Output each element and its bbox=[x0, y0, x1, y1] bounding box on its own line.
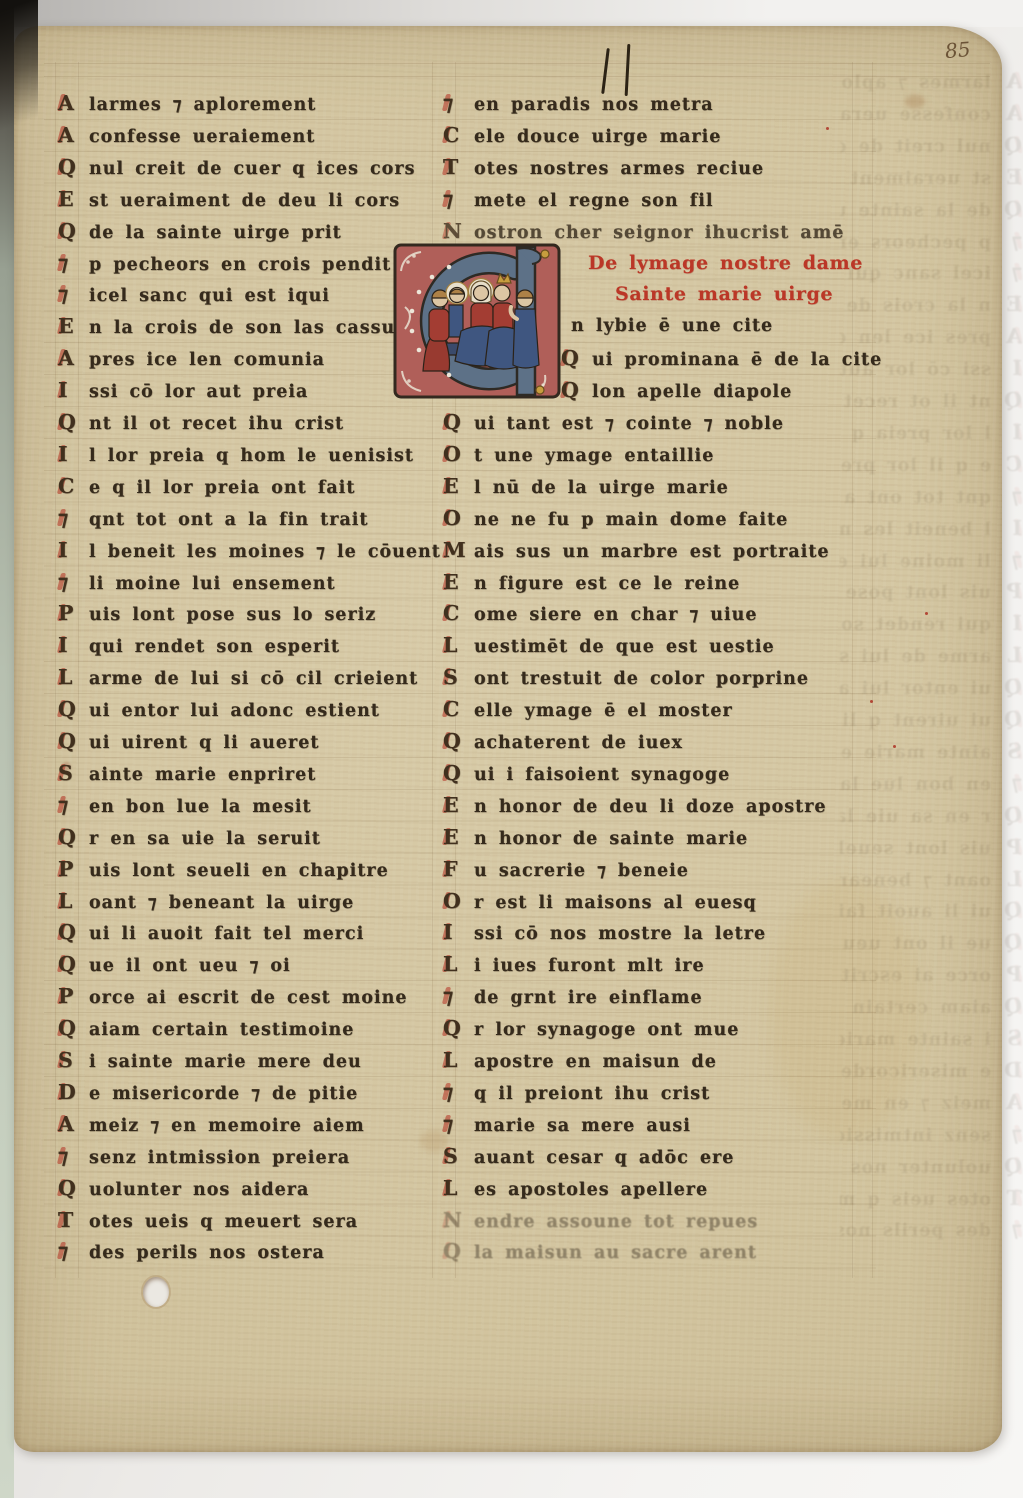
line-text: ont trestuit de color porprine bbox=[474, 669, 809, 689]
manuscript-line: ⁊q il preiont ihu crist bbox=[443, 1077, 710, 1109]
line-initial: Q bbox=[58, 949, 82, 980]
line-text: l beneit les moines ⁊ le cōuent bbox=[840, 520, 991, 540]
line-text: n honor de deu li doze apostre bbox=[474, 797, 827, 817]
manuscript-line: Alarmes ⁊ aplorement bbox=[840, 66, 1022, 98]
manuscript-line: ⁊de grnt ire einflame bbox=[443, 981, 703, 1013]
line-initial: S bbox=[998, 736, 1022, 767]
manuscript-line: ⁊en bon lue la mesit bbox=[840, 768, 1022, 800]
manuscript-line: Fu sacrerie ⁊ beneie bbox=[443, 854, 689, 886]
line-initial: E bbox=[443, 471, 467, 502]
manuscript-line: En la crois de son las cassut bbox=[58, 311, 404, 343]
line-initial: Q bbox=[998, 194, 1022, 225]
line-initial: F bbox=[443, 854, 467, 885]
manuscript-line: Si sainte marie mere deu bbox=[840, 1023, 1022, 1055]
line-text: en bon lue la mesit bbox=[840, 775, 991, 795]
line-initial: A bbox=[58, 1109, 82, 1140]
line-text: arme de lui si cō cil crieient bbox=[840, 647, 991, 667]
line-text: es apostoles apellere bbox=[474, 1180, 708, 1200]
line-text: qui rendet son esperit bbox=[89, 637, 340, 657]
manuscript-line: ⁊des perils nos ostera bbox=[58, 1236, 325, 1268]
manuscript-line: Les apostoles apellere bbox=[443, 1173, 708, 1205]
manuscript-line: Ce q il lor preia ont fait bbox=[840, 449, 1022, 481]
verso-show-through: Alarmes ⁊ aplorementAconfesse ueraiement… bbox=[840, 66, 1022, 1278]
manuscript-line: n lybie ē une cite bbox=[571, 311, 773, 343]
manuscript-line: ⁊li moine lui ensement bbox=[840, 545, 1022, 577]
line-initial: Q bbox=[998, 130, 1022, 161]
manuscript-line: Issi cō nos mostre la letre bbox=[443, 917, 766, 949]
line-text: endre assoune tot repues bbox=[474, 1212, 758, 1232]
line-initial: Q bbox=[443, 726, 467, 757]
line-text: u sacrerie ⁊ beneie bbox=[474, 861, 689, 881]
line-text: qui rendet son esperit bbox=[840, 615, 991, 635]
line-text: ssi cō nos mostre la letre bbox=[474, 924, 766, 944]
line-initial: ⁊ bbox=[998, 257, 1022, 288]
line-text: ais sus un marbre est portraite bbox=[474, 542, 830, 562]
manuscript-line: Ameiz ⁊ en memoire aiem bbox=[840, 1087, 1022, 1119]
line-text: arme de lui si cō cil crieient bbox=[89, 669, 418, 689]
manuscript-line: Il lor preia q hom le uenisist bbox=[840, 417, 1022, 449]
line-text: li moine lui ensement bbox=[840, 552, 991, 572]
line-text: des perils nos ostera bbox=[89, 1243, 325, 1263]
manuscript-line: Qnul creit de cuer q ices cors bbox=[58, 152, 415, 184]
line-initial: Q bbox=[998, 895, 1022, 926]
line-text: ui uirent q li aueret bbox=[840, 711, 991, 731]
line-text: aiam certain testimoine bbox=[89, 1020, 354, 1040]
manuscript-line: Qnt il ot recet ihu crist bbox=[58, 407, 344, 439]
line-initial: Q bbox=[998, 800, 1022, 831]
manuscript-line: ⁊senz intmission preiera bbox=[58, 1141, 350, 1173]
line-initial: ⁊ bbox=[58, 1236, 82, 1267]
rubric-line: Sainte marie uirge bbox=[615, 279, 833, 311]
manuscript-line: De misericorde ⁊ de pitie bbox=[840, 1055, 1022, 1087]
line-text: en paradis nos metra bbox=[474, 95, 714, 115]
manuscript-line: Qaiam certain testimoine bbox=[840, 991, 1022, 1023]
manuscript-line: Aconfesse ueraiement bbox=[58, 120, 315, 152]
line-text: e q il lor preia ont fait bbox=[89, 478, 355, 498]
manuscript-line: ⁊icel sanc qui est iqui bbox=[840, 257, 1022, 289]
historiated-initial bbox=[393, 243, 561, 399]
line-initial: A bbox=[58, 88, 82, 119]
manuscript-line: Qui uirent q li aueret bbox=[840, 704, 1022, 736]
line-text: nul creit de cuer q ices cors bbox=[89, 159, 415, 179]
line-text: meiz ⁊ en memoire aiem bbox=[840, 1094, 991, 1114]
line-text: r lor synagoge ont mue bbox=[474, 1020, 739, 1040]
line-initial: ⁊ bbox=[998, 545, 1022, 576]
line-initial: ⁊ bbox=[443, 1109, 467, 1140]
manuscript-line: Sauant cesar q adōc ere bbox=[443, 1141, 734, 1173]
line-initial: ⁊ bbox=[58, 1141, 82, 1172]
ruling-vertical bbox=[55, 62, 56, 1278]
line-text: oant ⁊ beneant la uirge bbox=[89, 893, 354, 913]
manuscript-line: Qui entor lui adonc estient bbox=[58, 694, 380, 726]
manuscript-line: Iqui rendet son esperit bbox=[58, 630, 340, 662]
line-text: i iues furont mlt ire bbox=[474, 956, 705, 976]
line-text: De lymage nostre dame bbox=[588, 252, 863, 274]
line-text: qnt tot ont a la fin trait bbox=[840, 488, 991, 508]
manuscript-line: En honor de sainte marie bbox=[443, 822, 748, 854]
manuscript-line: One ne fu p main dome faite bbox=[443, 503, 788, 535]
line-initial: Q bbox=[443, 758, 467, 789]
line-text: r est li maisons al euesq bbox=[474, 893, 757, 913]
line-initial: ⁊ bbox=[58, 567, 82, 598]
manuscript-line: ⁊marie sa mere ausi bbox=[443, 1109, 691, 1141]
manuscript-line: El nū de la uirge marie bbox=[443, 471, 729, 503]
manuscript-line: Totes ueis q meuert sera bbox=[840, 1183, 1022, 1215]
manuscript-line: Qla maisun au sacre arent bbox=[443, 1236, 757, 1268]
line-initial: O bbox=[443, 439, 467, 470]
line-initial: Q bbox=[561, 343, 585, 374]
manuscript-line: Larme de lui si cō cil crieient bbox=[840, 640, 1022, 672]
line-text: ele douce uirge marie bbox=[474, 127, 721, 147]
line-initial: ⁊ bbox=[998, 1119, 1022, 1150]
line-initial: Q bbox=[443, 1236, 467, 1267]
line-text: ainte marie enpriret bbox=[89, 765, 316, 785]
line-text: pres ice len comunia bbox=[89, 350, 325, 370]
manuscript-line: Qr en sa uie la seruit bbox=[58, 822, 321, 854]
line-initial: T bbox=[58, 1205, 82, 1236]
line-initial: A bbox=[998, 98, 1022, 129]
manuscript-line: De misericorde ⁊ de pitie bbox=[58, 1077, 358, 1109]
book-spine-edge bbox=[0, 0, 14, 1498]
line-initial: I bbox=[998, 608, 1022, 639]
line-text: larmes ⁊ aplorement bbox=[89, 95, 316, 115]
line-text: orce ai escrit de cest moine bbox=[89, 988, 408, 1008]
line-text: uis lont seueli en chapitre bbox=[89, 861, 389, 881]
manuscript-line: ⁊li moine lui ensement bbox=[58, 567, 336, 599]
line-text: marie sa mere ausi bbox=[474, 1116, 691, 1136]
manuscript-line: Qaiam certain testimoine bbox=[58, 1013, 354, 1045]
line-initial: Q bbox=[58, 694, 82, 725]
text-column-left: Alarmes ⁊ aplorementAconfesse ueraiement… bbox=[58, 88, 450, 1278]
line-text: n honor de sainte marie bbox=[474, 829, 748, 849]
line-initial: S bbox=[58, 1045, 82, 1076]
manuscript-line: Iqui rendet son esperit bbox=[840, 608, 1022, 640]
manuscript-line: Sainte marie enpriret bbox=[58, 758, 316, 790]
line-initial: I bbox=[58, 439, 82, 470]
line-initial: E bbox=[443, 567, 467, 598]
manuscript-line: Mais sus un marbre est portraite bbox=[443, 535, 830, 567]
line-initial: L bbox=[443, 949, 467, 980]
line-initial: O bbox=[443, 503, 467, 534]
line-text: p pecheors en crois pendit bbox=[89, 255, 391, 275]
line-initial: A bbox=[998, 321, 1022, 352]
line-initial: Q bbox=[58, 152, 82, 183]
line-text: st ueraiment de deu li cors bbox=[89, 191, 400, 211]
manuscript-line: ⁊icel sanc qui est iqui bbox=[58, 279, 330, 311]
manuscript-line: En honor de deu li doze apostre bbox=[443, 790, 827, 822]
manuscript-line: Come siere en char ⁊ uiue bbox=[443, 598, 758, 630]
manuscript-line: ⁊des perils nos ostera bbox=[840, 1214, 1022, 1246]
line-text: otes ueis q meuert sera bbox=[89, 1212, 358, 1232]
line-text: confesse ueraiement bbox=[89, 127, 315, 147]
line-initial: Q bbox=[58, 407, 82, 438]
manuscript-line: Cele douce uirge marie bbox=[443, 120, 721, 152]
manuscript-line: Si sainte marie mere deu bbox=[58, 1045, 362, 1077]
line-text: ui i faisoient synagoge bbox=[474, 765, 730, 785]
manuscript-line: Lapostre en maisun de bbox=[443, 1045, 717, 1077]
manuscript-line: Ot une ymage entaillie bbox=[443, 439, 714, 471]
line-initial: I bbox=[998, 513, 1022, 544]
manuscript-line: Li iues furont mlt ire bbox=[443, 949, 705, 981]
line-initial: Q bbox=[443, 1013, 467, 1044]
line-text: uis lont seueli en chapitre bbox=[840, 839, 991, 859]
line-initial: Q bbox=[58, 822, 82, 853]
line-text: li moine lui ensement bbox=[89, 574, 336, 594]
line-text: otes ueis q meuert sera bbox=[840, 1190, 991, 1210]
line-initial: L bbox=[443, 1173, 467, 1204]
line-initial: I bbox=[998, 417, 1022, 448]
manuscript-line: Qui tant est ⁊ cointe ⁊ noble bbox=[443, 407, 784, 439]
line-initial: S bbox=[58, 758, 82, 789]
manuscript-line: Qui prominana ē de la cite bbox=[561, 343, 882, 375]
line-initial: Q bbox=[998, 385, 1022, 416]
line-initial: C bbox=[443, 120, 467, 151]
line-initial: N bbox=[443, 1205, 467, 1236]
line-initial: D bbox=[998, 1055, 1022, 1086]
manuscript-line: ⁊qnt tot ont a la fin trait bbox=[840, 481, 1022, 513]
line-text: n la crois de son las cassut bbox=[840, 296, 991, 316]
line-text: t une ymage entaillie bbox=[474, 446, 714, 466]
line-initial: Q bbox=[443, 407, 467, 438]
line-text: ue il ont ueu ⁊ oi bbox=[89, 956, 291, 976]
line-text: oant ⁊ beneant la uirge bbox=[840, 871, 991, 891]
line-initial: P bbox=[58, 598, 82, 629]
line-initial: P bbox=[998, 832, 1022, 863]
line-text: st ueraiment de deu li cors bbox=[840, 169, 991, 189]
manuscript-line: Quolunter nos aidera bbox=[58, 1173, 309, 1205]
line-initial: L bbox=[998, 640, 1022, 671]
manuscript-line: Il beneit les moines ⁊ le cōuent bbox=[840, 513, 1022, 545]
manuscript-line: Que il ont ueu ⁊ oi bbox=[840, 927, 1022, 959]
manuscript-line: Loant ⁊ beneant la uirge bbox=[58, 886, 354, 918]
line-text: ui entor lui adonc estient bbox=[840, 679, 991, 699]
line-text: ui tant est ⁊ cointe ⁊ noble bbox=[474, 414, 784, 434]
line-initial: Q bbox=[998, 672, 1022, 703]
line-text: icel sanc qui est iqui bbox=[89, 286, 330, 306]
line-initial: E bbox=[998, 162, 1022, 193]
line-text: meiz ⁊ en memoire aiem bbox=[89, 1116, 365, 1136]
header-rule bbox=[44, 63, 990, 64]
manuscript-line: Qui li auoit fait tel merci bbox=[840, 895, 1022, 927]
line-initial: P bbox=[58, 854, 82, 885]
manuscript-line: Puis lont seueli en chapitre bbox=[58, 854, 389, 886]
manuscript-line: Qlon apelle diapole bbox=[561, 375, 792, 407]
line-text: ue il ont ueu ⁊ oi bbox=[840, 934, 991, 954]
line-initial: E bbox=[58, 184, 82, 215]
manuscript-line: Puis lont seueli en chapitre bbox=[840, 832, 1022, 864]
line-initial: ⁊ bbox=[443, 981, 467, 1012]
manuscript-line: Qde la sainte uirge prit bbox=[840, 194, 1022, 226]
line-text: mete el regne son fil bbox=[474, 191, 714, 211]
line-text: ostron cher seignor ihucrist amē bbox=[474, 223, 844, 243]
manuscript-line: Or est li maisons al euesq bbox=[443, 886, 757, 918]
line-initial: I bbox=[58, 630, 82, 661]
manuscript-line: Qnt il ot recet ihu crist bbox=[840, 385, 1022, 417]
line-text: uolunter nos aidera bbox=[89, 1180, 309, 1200]
manuscript-line: Il lor preia q hom le uenisist bbox=[58, 439, 414, 471]
line-text: l beneit les moines ⁊ le cōuent bbox=[89, 542, 441, 562]
manuscript-line: Qde la sainte uirge prit bbox=[58, 216, 342, 248]
line-initial: I bbox=[998, 353, 1022, 384]
line-text: r en sa uie la seruit bbox=[89, 829, 321, 849]
line-initial: T bbox=[998, 1183, 1022, 1214]
line-text: senz intmission preiera bbox=[89, 1148, 350, 1168]
line-initial: L bbox=[58, 662, 82, 693]
line-text: aiam certain testimoine bbox=[840, 998, 991, 1018]
manuscript-line: Apres ice len comunia bbox=[58, 343, 325, 375]
line-text: l lor preia q hom le uenisist bbox=[840, 424, 991, 444]
line-text: Sainte marie uirge bbox=[615, 283, 833, 305]
manuscript-line: ⁊p pecheors en crois pendit bbox=[840, 226, 1022, 258]
line-text: elle ymage ē el moster bbox=[474, 701, 733, 721]
manuscript-line: Ameiz ⁊ en memoire aiem bbox=[58, 1109, 365, 1141]
backdrop-top bbox=[14, 0, 1023, 27]
line-text: e q il lor preia ont fait bbox=[840, 456, 991, 476]
line-initial: T bbox=[443, 152, 467, 183]
line-initial: P bbox=[58, 981, 82, 1012]
line-text: e misericorde ⁊ de pitie bbox=[840, 1062, 991, 1082]
line-initial: ⁊ bbox=[58, 503, 82, 534]
line-initial: ⁊ bbox=[998, 226, 1022, 257]
line-initial: I bbox=[58, 375, 82, 406]
line-text: ainte marie enpriret bbox=[840, 743, 991, 763]
line-text: ui li auoit fait tel merci bbox=[840, 902, 991, 922]
line-text: en bon lue la mesit bbox=[89, 797, 312, 817]
line-initial: ⁊ bbox=[58, 248, 82, 279]
line-initial: Q bbox=[58, 1173, 82, 1204]
manuscript-line: Totes nostres armes reciue bbox=[443, 152, 764, 184]
line-initial: A bbox=[998, 1087, 1022, 1118]
manuscript-line: Porce ai escrit de cest moine bbox=[840, 959, 1022, 991]
line-initial: ⁊ bbox=[998, 1214, 1022, 1245]
manuscript-line: Qui i faisoient synagoge bbox=[443, 758, 730, 790]
line-initial: E bbox=[58, 311, 82, 342]
line-initial: ⁊ bbox=[443, 184, 467, 215]
line-text: orce ai escrit de cest moine bbox=[840, 966, 991, 986]
line-text: lon apelle diapole bbox=[592, 382, 792, 402]
line-text: de la sainte uirge prit bbox=[89, 223, 342, 243]
line-text: ui prominana ē de la cite bbox=[592, 350, 882, 370]
line-text: uolunter nos aidera bbox=[840, 1158, 991, 1178]
manuscript-line: ⁊en paradis nos metra bbox=[443, 88, 714, 120]
manuscript-line: Que il ont ueu ⁊ oi bbox=[58, 949, 291, 981]
line-text: n figure est ce le reine bbox=[474, 574, 740, 594]
manuscript-page: Alarmes ⁊ aplorementAconfesse ueraiement… bbox=[14, 26, 1002, 1452]
manuscript-line: Puis lont pose sus lo seriz bbox=[840, 576, 1022, 608]
line-text: q il preiont ihu crist bbox=[474, 1084, 710, 1104]
line-initial: E bbox=[998, 289, 1022, 320]
line-initial: C bbox=[443, 694, 467, 725]
line-text: l nū de la uirge marie bbox=[474, 478, 729, 498]
line-initial: L bbox=[998, 864, 1022, 895]
line-initial: L bbox=[443, 1045, 467, 1076]
manuscript-line: Nendre assoune tot repues bbox=[443, 1205, 758, 1237]
gold-knob bbox=[536, 386, 544, 394]
line-text: uestimēt de que est uestie bbox=[474, 637, 775, 657]
line-text: uis lont pose sus lo seriz bbox=[89, 605, 376, 625]
line-text: ne ne fu p main dome faite bbox=[474, 510, 788, 530]
line-initial: A bbox=[998, 66, 1022, 97]
manuscript-line: Il beneit les moines ⁊ le cōuent bbox=[58, 535, 441, 567]
line-text: ui li auoit fait tel merci bbox=[89, 924, 364, 944]
manuscript-line: Totes ueis q meuert sera bbox=[58, 1205, 358, 1237]
rubric-line: De lymage nostre dame bbox=[588, 248, 863, 280]
manuscript-line: Quolunter nos aidera bbox=[840, 1151, 1022, 1183]
manuscript-line: Est ueraiment de deu li cors bbox=[58, 184, 400, 216]
line-initial: A bbox=[58, 120, 82, 151]
manuscript-line: Qui uirent q li aueret bbox=[58, 726, 319, 758]
line-text: de la sainte uirge prit bbox=[840, 201, 991, 221]
line-text: nt il ot recet ihu crist bbox=[840, 392, 991, 412]
manuscript-line: ⁊qnt tot ont a la fin trait bbox=[58, 503, 369, 535]
manuscript-line: ⁊en bon lue la mesit bbox=[58, 790, 312, 822]
manuscript-line: ⁊p pecheors en crois pendit bbox=[58, 248, 391, 280]
line-text: larmes ⁊ aplorement bbox=[840, 73, 991, 93]
manuscript-line: Puis lont pose sus lo seriz bbox=[58, 598, 376, 630]
manuscript-photo: Alarmes ⁊ aplorementAconfesse ueraiement… bbox=[0, 0, 1023, 1498]
line-initial: ⁊ bbox=[998, 481, 1022, 512]
line-initial: P bbox=[998, 576, 1022, 607]
line-text: r en sa uie la seruit bbox=[840, 807, 991, 827]
manuscript-line: Issi cō lor aut preia bbox=[58, 375, 308, 407]
line-text: i sainte marie mere deu bbox=[840, 1030, 991, 1050]
line-initial: Q bbox=[561, 375, 585, 406]
binding-shadow bbox=[0, 0, 38, 132]
line-initial: N bbox=[443, 216, 467, 247]
line-initial: Q bbox=[58, 917, 82, 948]
manuscript-line: Qachaterent de iuex bbox=[443, 726, 683, 758]
line-initial: ⁊ bbox=[998, 768, 1022, 799]
line-text: n la crois de son las cassut bbox=[89, 318, 404, 338]
line-text: de grnt ire einflame bbox=[474, 988, 703, 1008]
line-text: uis lont pose sus lo seriz bbox=[840, 583, 991, 603]
line-initial: Q bbox=[998, 1151, 1022, 1182]
line-initial: C bbox=[58, 471, 82, 502]
line-initial: Q bbox=[58, 726, 82, 757]
manuscript-line: Luestimēt de que est uestie bbox=[443, 630, 775, 662]
line-initial: Q bbox=[998, 927, 1022, 958]
line-initial: L bbox=[58, 886, 82, 917]
gold-knob bbox=[541, 250, 549, 258]
manuscript-line: Aconfesse ueraiement bbox=[840, 98, 1022, 130]
line-initial: C bbox=[443, 598, 467, 629]
line-initial: E bbox=[443, 790, 467, 821]
line-text: des perils nos ostera bbox=[840, 1221, 991, 1241]
line-initial: L bbox=[443, 630, 467, 661]
line-text: nul creit de cuer q ices cors bbox=[840, 137, 991, 157]
manuscript-line: Porce ai escrit de cest moine bbox=[58, 981, 408, 1013]
manuscript-line: Sont trestuit de color porprine bbox=[443, 662, 809, 694]
line-initial: I bbox=[58, 535, 82, 566]
line-text: la maisun au sacre arent bbox=[474, 1243, 757, 1263]
line-text: i sainte marie mere deu bbox=[89, 1052, 362, 1072]
manuscript-line: Qnul creit de cuer q ices cors bbox=[840, 130, 1022, 162]
line-text: otes nostres armes reciue bbox=[474, 159, 764, 179]
line-initial: S bbox=[443, 1141, 467, 1172]
line-text: nt il ot recet ihu crist bbox=[89, 414, 344, 434]
line-text: ome siere en char ⁊ uiue bbox=[474, 605, 758, 625]
line-text: ssi cō lor aut preia bbox=[89, 382, 308, 402]
line-text: ui entor lui adonc estient bbox=[89, 701, 380, 721]
line-text: auant cesar q adōc ere bbox=[474, 1148, 734, 1168]
line-text: ui uirent q li aueret bbox=[89, 733, 319, 753]
line-initial: ⁊ bbox=[58, 790, 82, 821]
manuscript-line: Celle ymage ē el moster bbox=[443, 694, 733, 726]
line-initial: ⁊ bbox=[443, 1077, 467, 1108]
manuscript-line: Est ueraiment de deu li cors bbox=[840, 162, 1022, 194]
parchment-hole bbox=[143, 1277, 169, 1307]
line-initial: S bbox=[443, 662, 467, 693]
